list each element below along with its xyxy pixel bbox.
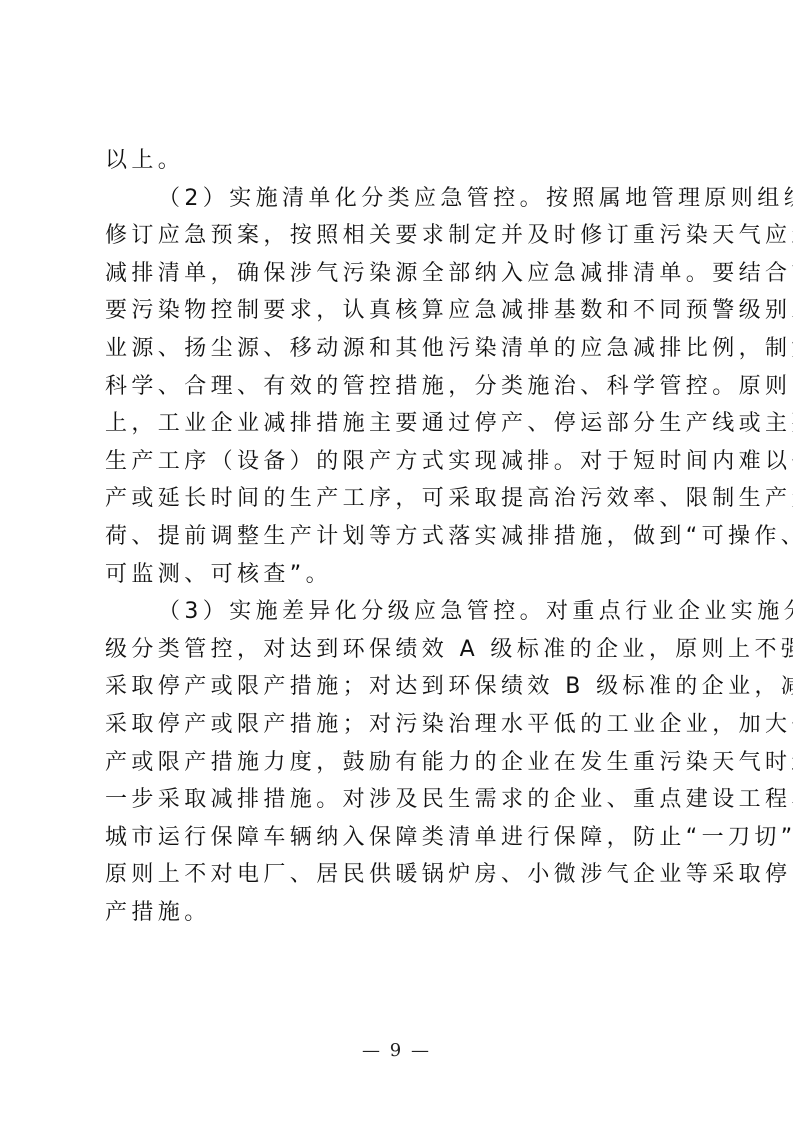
text-line: 生产工序（设备）的限产方式实现减排。对于短时间内难以停	[105, 443, 689, 481]
text-line: 产或延长时间的生产工序，可采取提高治污效率、限制生产负	[105, 480, 689, 518]
page-number: — 9 —	[0, 1040, 793, 1061]
text-line: 减排清单，确保涉气污染源全部纳入应急减排清单。要结合首	[105, 255, 689, 293]
text-line: 级分类管控，对达到环保绩效 A 级标准的企业，原则上不强制	[105, 631, 689, 669]
text-line: 采取停产或限产措施；对污染治理水平低的工业企业，加大停	[105, 706, 689, 744]
text-line: 可监测、可核查”。	[105, 556, 689, 594]
text-line: 荷、提前调整生产计划等方式落实减排措施，做到“可操作、	[105, 518, 689, 556]
text-line: 产或限产措施力度，鼓励有能力的企业在发生重污染天气时进	[105, 744, 689, 782]
body-text: 以上。 （2）实施清单化分类应急管控。按照属地管理原则组织 修订应急预案，按照相…	[105, 142, 689, 931]
text-line: 科学、合理、有效的管控措施，分类施治、科学管控。原则	[105, 368, 689, 406]
text-line: 以上。	[105, 142, 689, 180]
text-line: 修订应急预案，按照相关要求制定并及时修订重污染天气应急	[105, 217, 689, 255]
section-heading-line: （3）实施差异化分级应急管控。对重点行业企业实施分	[105, 593, 689, 631]
text-line: 上，工业企业减排措施主要通过停产、停运部分生产线或主要	[105, 405, 689, 443]
document-page: 以上。 （2）实施清单化分类应急管控。按照属地管理原则组织 修订应急预案，按照相…	[0, 0, 793, 1122]
section-heading-line: （2）实施清单化分类应急管控。按照属地管理原则组织	[105, 180, 689, 218]
text-line: 采取停产或限产措施；对达到环保绩效 B 级标准的企业，减少	[105, 668, 689, 706]
text-line: 产措施。	[105, 894, 689, 932]
text-line: 要污染物控制要求，认真核算应急减排基数和不同预警级别工	[105, 292, 689, 330]
text-line: 业源、扬尘源、移动源和其他污染清单的应急减排比例，制定	[105, 330, 689, 368]
text-line: 城市运行保障车辆纳入保障类清单进行保障，防止“一刀切”。	[105, 819, 689, 857]
text-line: 原则上不对电厂、居民供暖锅炉房、小微涉气企业等采取停限	[105, 856, 689, 894]
text-line: 一步采取减排措施。对涉及民生需求的企业、重点建设工程、	[105, 781, 689, 819]
